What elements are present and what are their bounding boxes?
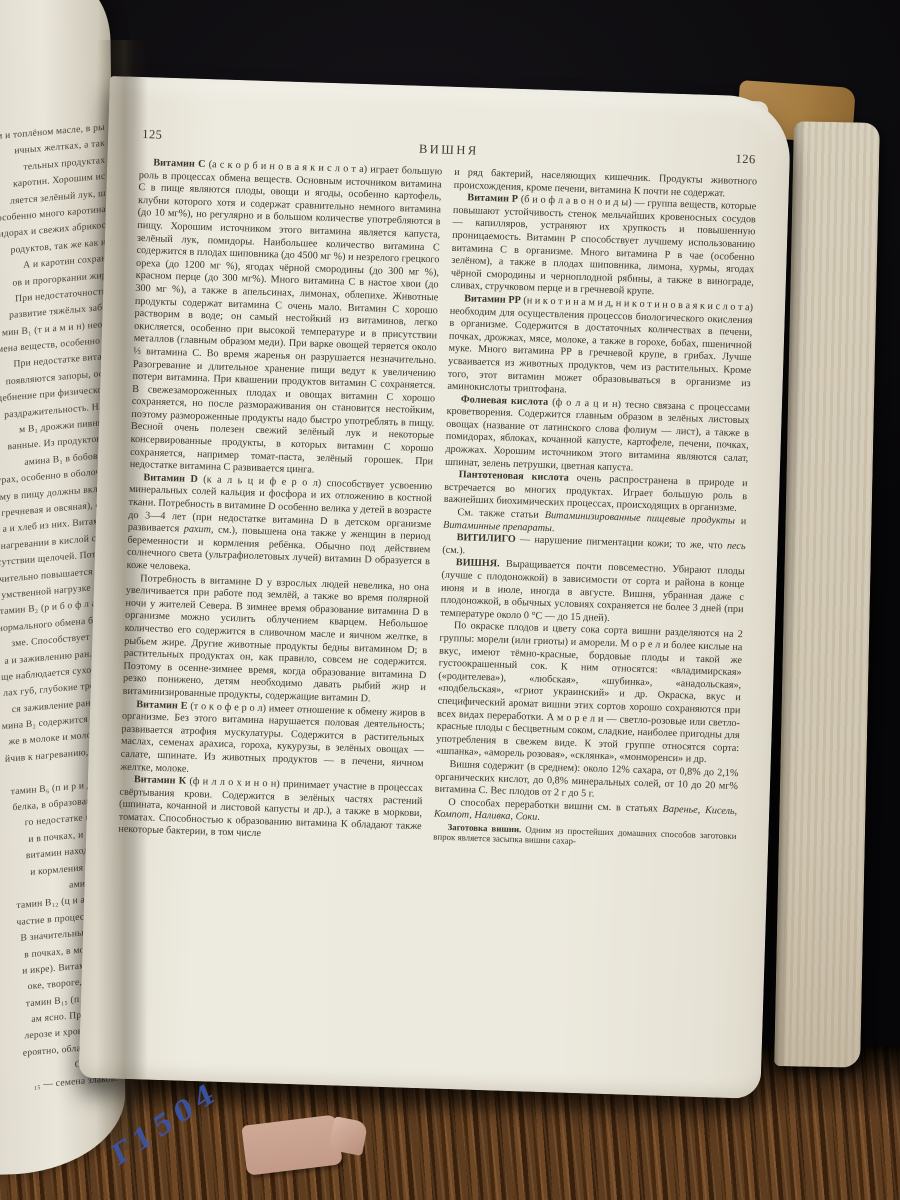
paragraph: Фолиевая кислота (ф о л а ц и н) тесно с… [445,393,750,478]
paragraph: Витамин С (а с к о р б и н о в а я к и с… [130,157,443,481]
text-column-right: и ряд бактерий, населяющих кишечник. Про… [433,167,757,856]
text-column-left: Витамин С (а с к о р б и н о в а я к и с… [118,157,442,846]
book-page: 125 ВИШНЯ 126 Витамин С (а с к о р б и н… [79,76,792,1099]
paragraph: Витамин РР (н и к о т и н а м и д, н и к… [447,293,753,403]
page-block-edge [774,121,880,1068]
text-columns: Витамин С (а с к о р б и н о в а я к и с… [118,157,757,856]
column-number-right: 126 [735,152,756,168]
paragraph: Витамин Е (т о к о ф е р о л) имеет отно… [120,698,425,783]
page-content: 125 ВИШНЯ 126 Витамин С (а с к о р б и н… [118,127,758,856]
paragraph: Потребность в витамине D у взрослых люде… [122,572,429,707]
paragraph: Витамин Р (б и о ф л а в о н о и д ы) — … [450,192,756,302]
photo-of-open-book: ном и топлёном масле, в рыичных желтках,… [0,0,900,1200]
paragraph: Витамин D (к а л ь ц и ф е р о л) способ… [126,472,432,582]
paragraph: Витамин К (ф и л л о х и н о н) принимае… [118,774,423,846]
paragraph: ВИШНЯ. Выращивается почти повсеместно. У… [440,557,745,629]
gutter-shadow [96,40,148,1150]
paragraph: По окраске плодов и цвету сока сорта виш… [436,620,743,768]
